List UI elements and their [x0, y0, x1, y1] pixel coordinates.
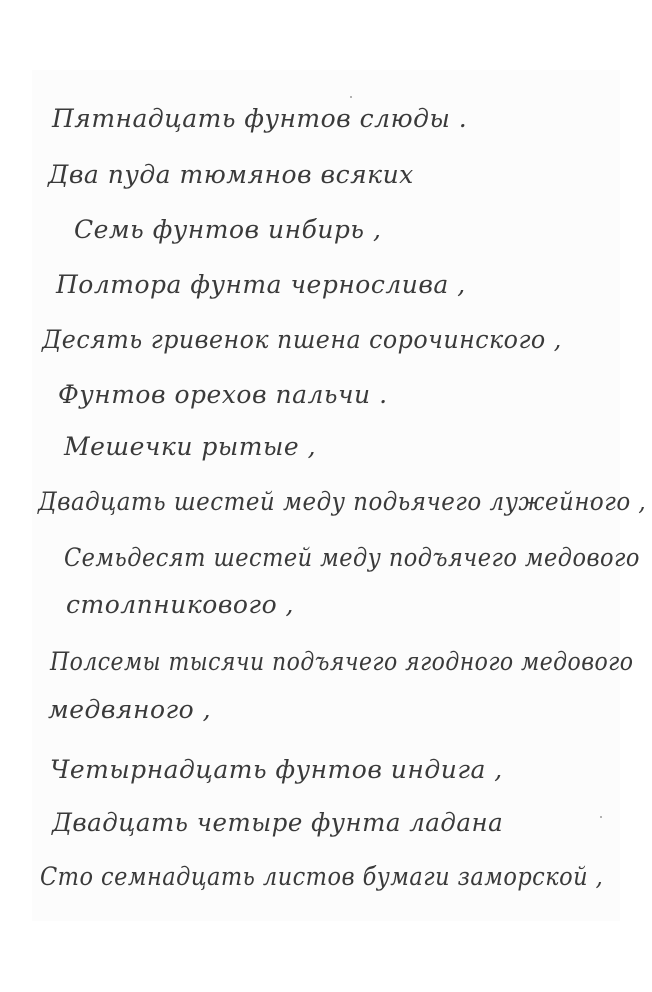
manuscript-line: Сто семнадцать листов бумаги заморской , — [40, 862, 603, 891]
manuscript-line: Семь фунтов инбирь , — [74, 215, 381, 244]
manuscript-line: Двадцать четыре фунта ладана — [52, 808, 503, 837]
manuscript-line: столпникового , — [66, 590, 294, 619]
paper-speck — [590, 500, 592, 502]
manuscript-line: Полтора фунта чернослива , — [56, 270, 466, 299]
manuscript-line: Десять гривенок пшена сорочинского , — [42, 325, 562, 354]
manuscript-line: Полсемы тысячи подъячего ягодного медово… — [50, 647, 633, 676]
manuscript-line: Семьдесят шестей меду подъячего медового — [64, 543, 640, 572]
manuscript-line: Пятнадцать фунтов слюды . — [52, 104, 467, 133]
manuscript-line: Четырнадцать фунтов индига , — [50, 755, 503, 784]
paper-speck — [350, 96, 352, 98]
manuscript-line: Двадцать шестей меду подьячего лужейного… — [38, 487, 646, 516]
manuscript-line: Фунтов орехов пальчи . — [58, 380, 388, 409]
manuscript-line: Мешечки рытые , — [64, 432, 316, 461]
manuscript-line: медвяного , — [48, 695, 211, 724]
manuscript-line: Два пуда тюмянов всяких — [48, 160, 414, 189]
paper-speck — [600, 816, 602, 818]
